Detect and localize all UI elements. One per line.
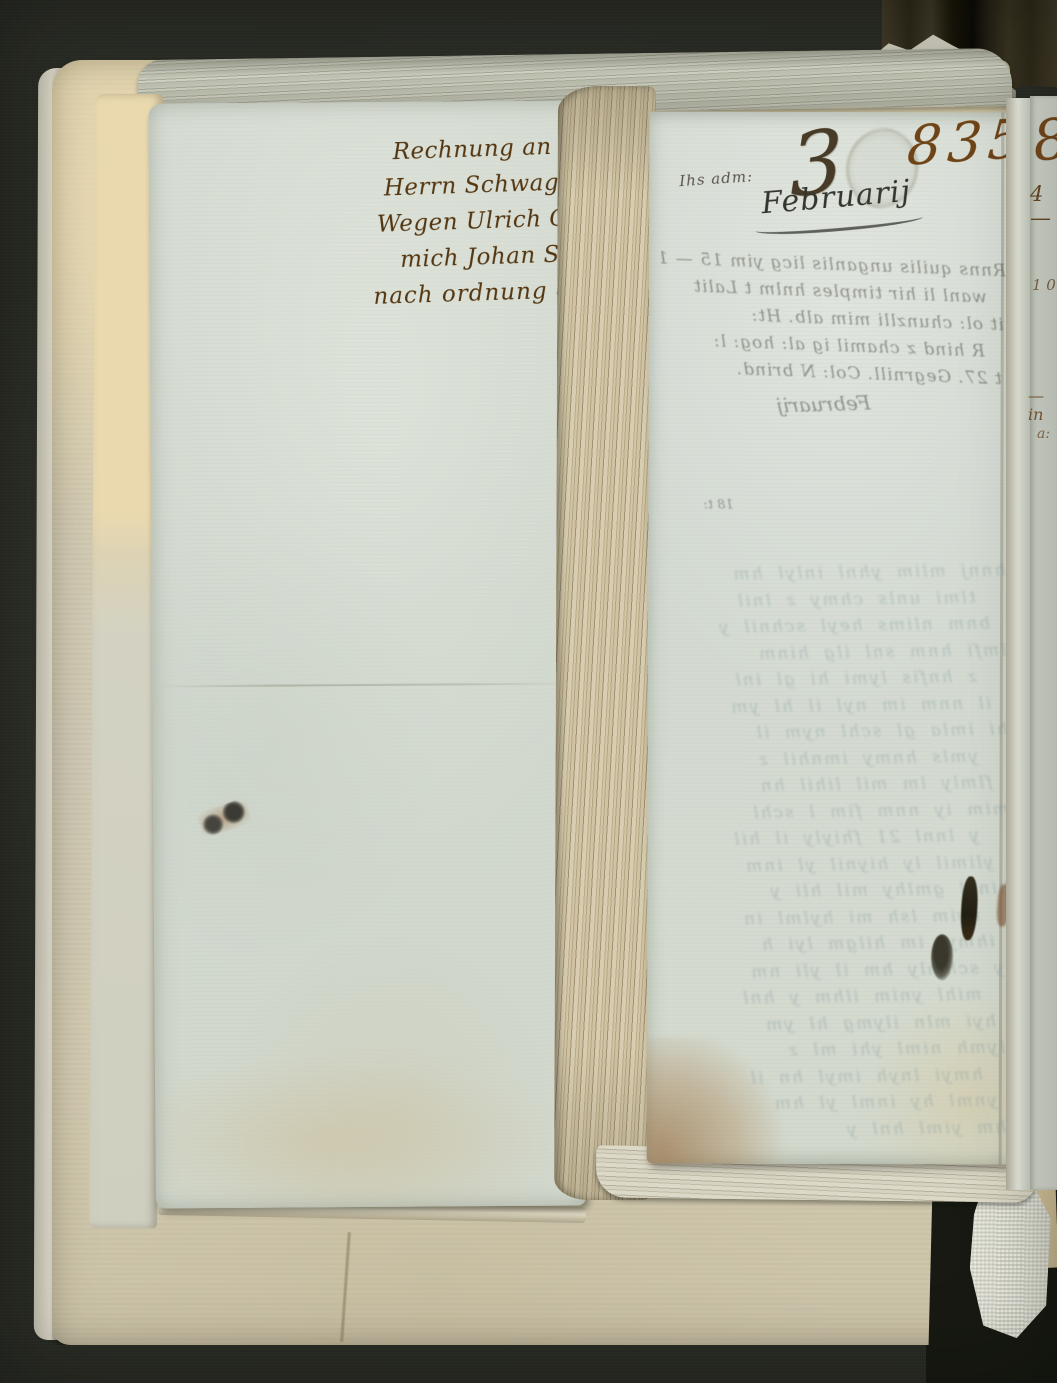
next-page-fragment-10: 1 0	[1032, 276, 1056, 294]
next-page-fragment-in: — in	[1028, 386, 1057, 424]
handwritten-line: flmly lm mil lihil hn	[660, 770, 992, 801]
small-ink-note: Ihs adm:	[679, 167, 754, 190]
next-page-sliver: 8 4 — 1 0 — in a:	[1030, 96, 1057, 1190]
next-page-fragment-number: 8	[1030, 107, 1057, 175]
manuscript-photo: Rechnung an MeinenHerrn Schwager HerrnWe…	[0, 0, 1057, 1383]
handwritten-line: bnm nlims heyl schnil y	[658, 611, 990, 642]
right-page: 3 835 Ihs adm: Februarij Rnns quilis ung…	[647, 112, 1028, 1165]
ink-blot-b	[931, 934, 953, 980]
next-leaf-fore-edge	[1006, 98, 1032, 1190]
tan-stain	[165, 1051, 566, 1204]
handwritten-line: mihl ynim ilhm y hnl	[663, 982, 981, 1013]
next-page-fragment-a: a:	[1037, 426, 1050, 442]
fold-crease	[152, 682, 582, 687]
handwritten-line: nach ordnung obgem:	[373, 272, 586, 315]
left-page: Rechnung an MeinenHerrn Schwager HerrnWe…	[148, 101, 586, 1209]
handwritten-line: y lnnl 21 fhiyly il hil	[661, 823, 979, 854]
next-page-fragment-4: 4 —	[1030, 182, 1057, 230]
bleedthrough-month: Februarij	[776, 390, 871, 417]
handwritten-line: z hnfis lymi hi gl inl	[659, 664, 977, 695]
ink-blot	[196, 798, 252, 838]
handwritten-line: ynml hy inml yl hm	[665, 1088, 997, 1119]
bleedthrough-header: Rnns quilis unganlis licg yim 15 — 1wanl…	[666, 246, 1006, 393]
left-page-inscription: Rechnung an MeinenHerrn Schwager HerrnWe…	[382, 128, 586, 315]
faint-fragment: 18 t:	[703, 498, 733, 513]
quire-fore-edges	[554, 86, 656, 1200]
bleedthrough-body: hnnj mlim yhnl inlyl hmtlmi unls chmy z …	[657, 557, 1014, 1145]
handwritten-line: lhm yiml hnl y	[665, 1114, 1013, 1146]
